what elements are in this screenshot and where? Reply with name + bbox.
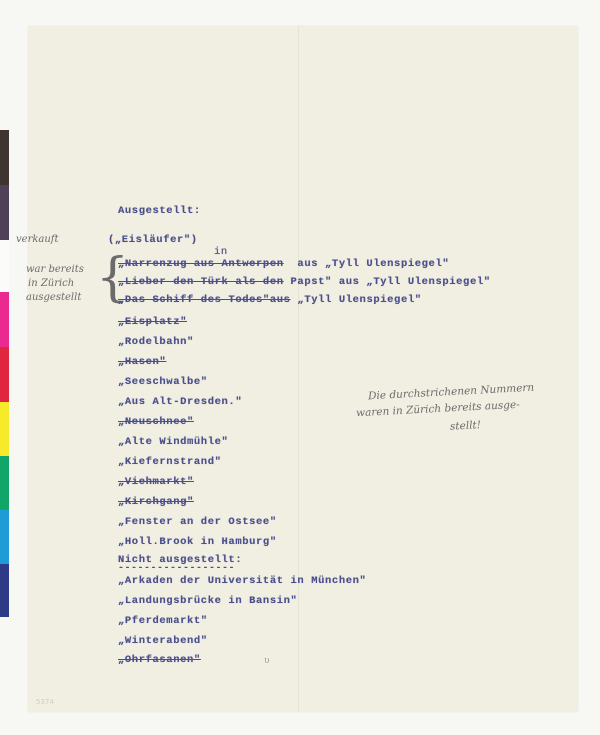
color-calibration-bar	[0, 130, 9, 617]
item-neuschnee: „Neuschnee"	[118, 416, 194, 428]
item-eislaeufer: („Eisläufer")	[108, 234, 198, 246]
stray-pen-mark: υ	[264, 656, 269, 666]
item-kiefernstrand: „Kiefernstrand"	[118, 456, 222, 468]
color-swatch	[0, 240, 9, 292]
inserted-word-in: in	[214, 246, 228, 258]
item-aus-alt-dresden: „Aus Alt-Dresden."	[118, 396, 242, 408]
right-note-line3: stellt!	[450, 419, 482, 433]
heading-exhibited: Ausgestellt:	[118, 205, 201, 217]
paper-fold-line	[298, 26, 299, 712]
item-viehmarkt: „Viehmarkt"	[118, 476, 194, 488]
color-swatch	[0, 510, 9, 564]
item-rodelbahn: „Rodelbahn"	[118, 336, 194, 348]
color-swatch	[0, 456, 9, 510]
item-seeschwalbe: „Seeschwalbe"	[118, 376, 208, 388]
item-kirchgang: „Kirchgang"	[118, 496, 194, 508]
item-landungsbruecke-bansin: „Landungsbrücke in Bansin"	[118, 595, 297, 607]
item-eisplatz: „Eisplatz"	[118, 316, 187, 328]
margin-note-zurich-line3: ausgestellt	[26, 292, 81, 304]
margin-note-zurich-line1: war bereits	[26, 264, 84, 276]
item-narrenzug: „Narrenzug aus Antwerpen aus „Tyll Ulens…	[118, 258, 449, 270]
archive-number: 5374	[36, 698, 54, 706]
item-schiff-des-todes: „Das Schiff des Todes"aus „Tyll Ulenspie…	[118, 294, 422, 306]
item-holl-brook-hamburg: „Holl.Brook in Hamburg"	[118, 536, 277, 548]
heading-underline: ------------------	[118, 565, 235, 573]
margin-note-sold: verkauft	[16, 234, 59, 246]
item-pferdemarkt: „Pferdemarkt"	[118, 615, 208, 627]
item-fenster-an-der-ostsee: „Fenster an der Ostsee"	[118, 516, 277, 528]
color-swatch	[0, 347, 9, 402]
color-swatch	[0, 185, 9, 240]
color-swatch	[0, 402, 9, 456]
item-alte-windmuehle: „Alte Windmühle"	[118, 436, 228, 448]
right-note-line2: waren in Zürich bereits ausge-	[356, 399, 520, 420]
document-page: Ausgestellt: verkauft („Eisläufer") in w…	[28, 26, 578, 712]
item-arkaden-muenchen: „Arkaden der Universität in München"	[118, 575, 366, 587]
item-lieber-den-tuerk: „Lieber den Türk als den Papst" aus „Tyl…	[118, 276, 491, 288]
item-ohrfasanen: „Ohrfasanen"	[118, 654, 201, 666]
item-hasen: „Hasen"	[118, 356, 166, 368]
color-swatch	[0, 130, 9, 185]
item-winterabend: „Winterabend"	[118, 635, 208, 647]
color-swatch	[0, 292, 9, 347]
margin-note-zurich-line2: in Zürich	[28, 278, 74, 290]
color-swatch	[0, 564, 9, 617]
